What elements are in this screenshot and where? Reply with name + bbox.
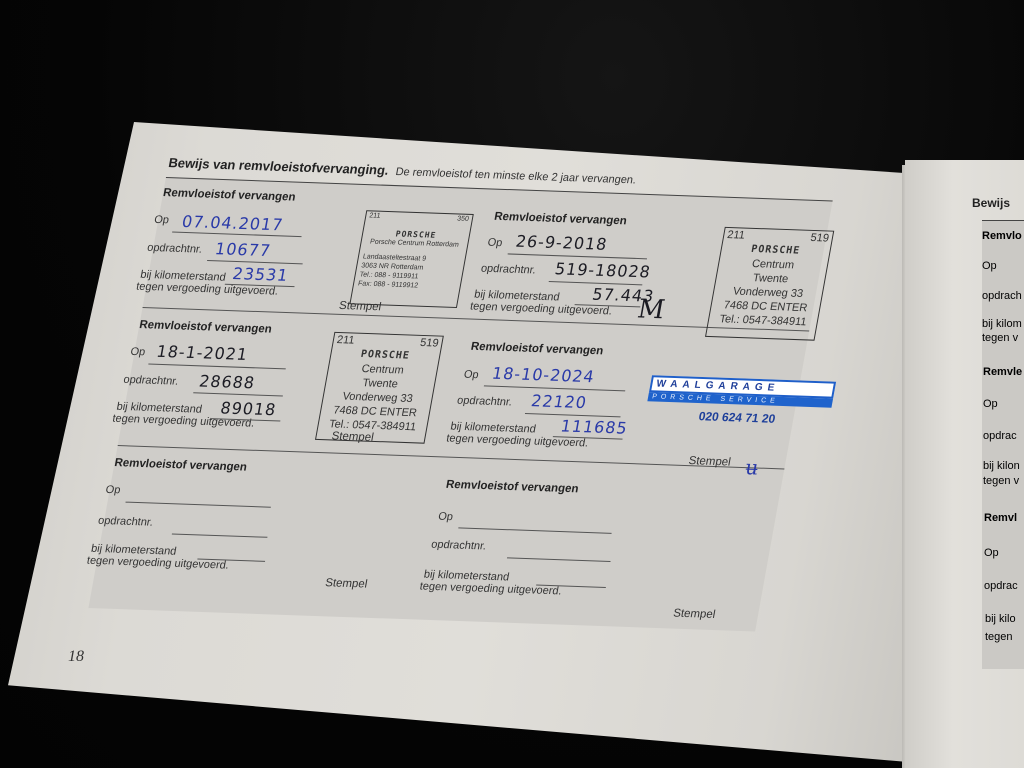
- right-item: Remvlo: [982, 230, 1022, 242]
- entry-5-blank: Remvloeistof vervangen Op opdrachtnr. bi…: [92, 451, 445, 598]
- date-line[interactable]: [125, 502, 270, 508]
- date-label: Op: [487, 237, 504, 250]
- entry-2: Remvloeistof vervangen Op 26-9-2018 opdr…: [474, 193, 827, 340]
- date-value: 26-9-2018: [514, 232, 609, 254]
- right-item: opdrach: [982, 290, 1022, 302]
- entry-6-blank: Remvloeistof vervangen Op opdrachtnr. bi…: [426, 463, 779, 610]
- order-line[interactable]: [507, 557, 611, 562]
- entry-title: Remvloeistof vervangen: [445, 479, 579, 496]
- page-number: 18: [68, 648, 84, 666]
- order-label: opdrachtnr.: [97, 515, 154, 529]
- entry-title: Remvloeistof vervangen: [138, 319, 272, 336]
- stamp-label: Stempel: [331, 430, 375, 443]
- right-item: tegen v: [983, 475, 1019, 487]
- date-label: Op: [105, 484, 122, 497]
- entry-title: Remvloeistof vervangen: [162, 187, 296, 204]
- date-value: 07.04.2017: [180, 212, 285, 235]
- right-page-panel: [982, 220, 1024, 669]
- entry-4: Remvloeistof vervangen Op 18-10-2024 opd…: [451, 325, 804, 472]
- order-value: 22120: [530, 391, 589, 412]
- right-item: opdrac: [983, 430, 1017, 442]
- right-item: Remvl: [984, 512, 1017, 524]
- stamp-label: Stempel: [338, 300, 382, 313]
- dealer-stamp-twente: 211519 PORSCHE Centrum Twente Vonderweg …: [705, 227, 834, 341]
- order-label: opdrachtnr.: [122, 374, 179, 388]
- right-item: opdrac: [984, 580, 1018, 592]
- order-label: opdrachtnr.: [480, 263, 537, 277]
- right-item: Op: [983, 398, 998, 410]
- stamp-label: Stempel: [688, 455, 732, 468]
- dealer-stamp-twente: 211519 PORSCHE Centrum Twente Vonderweg …: [315, 332, 444, 444]
- entry-1: Remvloeistof vervangen Op 07.04.2017 opd…: [141, 181, 494, 328]
- dealer-stamp-rotterdam: 211350 PORSCHE Porsche Centrum Rotterdam…: [349, 210, 473, 308]
- right-item: tegen v: [982, 332, 1018, 344]
- stamp-label: Stempel: [324, 577, 368, 590]
- order-value: 10677: [214, 239, 273, 260]
- entry-title: Remvloeistof vervangen: [113, 457, 247, 474]
- right-item: Remvle: [983, 366, 1022, 378]
- right-item: bij kilo: [985, 613, 1016, 625]
- order-value: 519-18028: [553, 259, 652, 281]
- order-label: opdrachtnr.: [146, 242, 203, 256]
- order-label: opdrachtnr.: [456, 395, 513, 409]
- heading-subtitle: De remvloeistof ten minste elke 2 jaar v…: [395, 166, 637, 186]
- right-item: bij kilom: [982, 318, 1022, 330]
- right-item: bij kilon: [983, 460, 1020, 472]
- mileage-value: 111685: [559, 416, 629, 437]
- right-item: Op: [982, 260, 997, 272]
- mileage-value: 89018: [219, 398, 278, 419]
- date-line: [148, 364, 285, 370]
- date-value: 18-10-2024: [490, 364, 596, 387]
- date-line: [484, 385, 625, 391]
- entry-title: Remvloeistof vervangen: [470, 341, 604, 358]
- entry-3: Remvloeistof vervangen Op 18-1-2021 opdr…: [117, 313, 470, 460]
- order-line[interactable]: [172, 533, 268, 537]
- date-label: Op: [129, 346, 146, 359]
- stamp-label: Stempel: [672, 607, 716, 620]
- date-value: 18-1-2021: [155, 342, 250, 364]
- date-label: Op: [463, 369, 480, 382]
- date-line: [508, 253, 647, 259]
- mileage-label-2: tegen vergoeding uitgevoerd.: [86, 555, 230, 572]
- waalgarage-stamp: WAALGARAGE PORSCHE SERVICE 020 624 71 20: [644, 375, 836, 427]
- right-item: Op: [984, 547, 999, 559]
- right-page-heading: Bewijs: [972, 196, 1024, 210]
- right-item: tegen: [985, 631, 1013, 643]
- order-value: 28688: [198, 371, 257, 392]
- order-label: opdrachtnr.: [430, 539, 487, 553]
- order-line: [193, 392, 283, 396]
- brake-fluid-log-form: Bewijs van remvloeistofvervanging. De re…: [80, 155, 847, 679]
- mileage-value: 23531: [231, 264, 290, 285]
- date-label: Op: [437, 511, 454, 524]
- date-label: Op: [153, 214, 170, 227]
- signature: M: [635, 294, 667, 325]
- entry-title: Remvloeistof vervangen: [493, 211, 627, 228]
- date-line[interactable]: [458, 527, 611, 533]
- right-page-content: Bewijs: [972, 196, 1024, 210]
- mileage-label-2: tegen vergoeding uitgevoerd.: [419, 580, 563, 597]
- heading-title: Bewijs van remvloeistofvervanging.: [167, 155, 390, 178]
